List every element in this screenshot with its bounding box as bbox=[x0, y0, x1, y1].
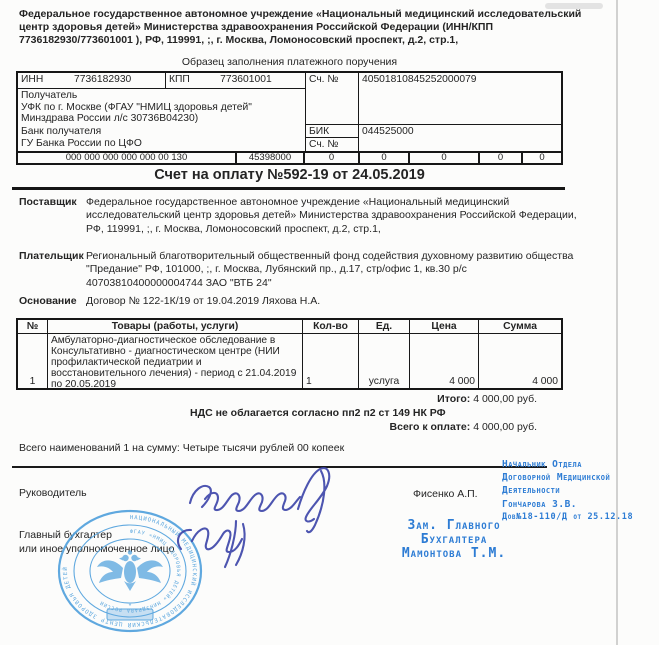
bank-account-label: Сч. № bbox=[309, 139, 338, 150]
oktmo-cell: 45398000 bbox=[237, 153, 305, 163]
items-table: № Товары (работы, услуги) Кол-во Ед. Цен… bbox=[16, 318, 563, 390]
director-name: Фисенко А.П. bbox=[413, 488, 478, 500]
inn-label: ИНН bbox=[21, 74, 43, 87]
kbk-cell: 000 000 000 000 000 00 130 bbox=[18, 153, 237, 163]
budget-codes-row: 000 000 000 000 000 00 130 45398000 0 0 … bbox=[18, 151, 561, 163]
basis-label: Основание bbox=[19, 295, 77, 307]
due-label: Всего к оплате: bbox=[390, 421, 471, 433]
bik-value: 044525000 bbox=[362, 126, 414, 137]
payer-text: Региональный благотворительный обществен… bbox=[86, 250, 573, 290]
chief-accountant-stamp: Зам. Главного Бухгалтера Мамонтова Т.М. bbox=[378, 519, 530, 561]
due-line: Всего к оплате: 4 000,00 руб. bbox=[390, 421, 537, 433]
official-seal: НАЦИОНАЛЬНЫЙ МЕДИЦИНСКИЙ ИССЛЕДОВАТЕЛЬСК… bbox=[55, 507, 205, 635]
item-description-cell: Амбулаторно-диагностическое обследование… bbox=[48, 334, 303, 388]
summary-line: Всего наименований 1 на сумму: Четыре ты… bbox=[19, 442, 344, 454]
account-value: 40501810845252000079 bbox=[362, 74, 477, 85]
item-qty-cell: 1 bbox=[303, 334, 359, 388]
chief-accountant-stamp-line: Бухгалтера bbox=[378, 533, 530, 547]
dept-stamp-line: Гончарова З.В. bbox=[502, 498, 633, 511]
item-sum-cell: 4 000 bbox=[479, 334, 561, 388]
kpp-label: КПП bbox=[169, 74, 190, 87]
account-value-cell: 40501810845252000079 bbox=[359, 73, 561, 125]
items-header-num: № bbox=[18, 320, 48, 334]
org-header-line: Федеральное государственное автономное у… bbox=[19, 8, 581, 21]
item-num-cell: 1 bbox=[18, 334, 48, 388]
item-unit: услуга bbox=[369, 376, 400, 387]
kpp-value: 773601001 bbox=[220, 74, 272, 87]
recipient-value: УФК по г. Москве (ФГАУ "НМИЦ здоровья де… bbox=[21, 102, 302, 125]
chief-accountant-stamp-line: Зам. Главного bbox=[378, 519, 530, 533]
bik-label-cell: БИК bbox=[306, 125, 359, 138]
director-label: Руководитель bbox=[19, 487, 87, 499]
total-line: Итого: 4 000,00 руб. bbox=[437, 393, 537, 405]
item-unit-cell: услуга bbox=[359, 334, 410, 388]
item-price-cell: 4 000 bbox=[410, 334, 479, 388]
due-value: 4 000,00 руб. bbox=[473, 421, 537, 433]
seal-banner bbox=[107, 609, 153, 620]
bank-name: ГУ Банка России по ЦФО bbox=[21, 138, 302, 150]
signature-director bbox=[190, 486, 300, 511]
item-sum: 4 000 bbox=[532, 376, 558, 387]
chief-accountant-stamp-line: Мамонтова Т.М. bbox=[378, 547, 530, 561]
dept-stamp-line: Договорной Медицинской bbox=[502, 471, 633, 484]
recipient-cell: Получатель УФК по г. Москве (ФГАУ "НМИЦ … bbox=[18, 89, 306, 125]
dept-stamp-line: Деятельности bbox=[502, 484, 633, 497]
bik-label: БИК bbox=[309, 126, 329, 137]
total-label: Итого: bbox=[437, 393, 470, 405]
payer-label: Плательщик bbox=[19, 250, 84, 262]
seal-eagle-emblem bbox=[97, 550, 163, 591]
account-label: Сч. № bbox=[309, 74, 338, 85]
item-price: 4 000 bbox=[449, 376, 475, 387]
payer-text-line: 40703810400000004744 ЗАО "ВТБ 24" bbox=[86, 277, 573, 290]
supplier-text-line: РФ, 119991, ;, г. Москва, Ломоносовский … bbox=[86, 223, 577, 236]
items-header-unit: Ед. bbox=[359, 320, 410, 334]
items-header-sum: Сумма bbox=[479, 320, 561, 334]
inn-cell: ИНН 7736182930 bbox=[18, 73, 166, 89]
zero-cell: 0 bbox=[480, 153, 523, 163]
zero-cell: 0 bbox=[410, 153, 480, 163]
supplier-text-line: исследовательский центр здоровья детей» … bbox=[86, 209, 577, 222]
zero-cell: 0 bbox=[523, 153, 561, 163]
signature-separator-line bbox=[12, 466, 547, 468]
signature-director-flourish bbox=[298, 468, 329, 532]
scan-edge-line bbox=[616, 0, 618, 645]
item-num: 1 bbox=[30, 376, 36, 387]
kpp-cell: КПП 773601001 bbox=[166, 73, 306, 89]
org-header: Федеральное государственное автономное у… bbox=[19, 8, 581, 48]
dept-stamp: Начальник Отдела Договорной Медицинской … bbox=[502, 458, 633, 524]
org-header-line: центр здоровья детей» Министерства здрав… bbox=[19, 21, 581, 34]
basis-value: Договор № 122-1К/19 от 19.04.2019 Ляхова… bbox=[86, 295, 320, 307]
inn-value: 7736182930 bbox=[74, 74, 131, 87]
items-header-price: Цена bbox=[410, 320, 479, 334]
org-header-line: 7736182930/773601001 ), РФ, 119991, ;, г… bbox=[19, 34, 581, 47]
supplier-text: Федеральное государственное автономное у… bbox=[86, 196, 577, 236]
item-qty: 1 bbox=[306, 376, 312, 387]
vat-note: НДС не облагается согласно пп2 п2 ст 149… bbox=[190, 407, 446, 419]
invoice-document: Федеральное государственное автономное у… bbox=[0, 0, 659, 645]
supplier-label: Поставщик bbox=[19, 196, 77, 208]
zero-cell: 0 bbox=[360, 153, 410, 163]
bank-label: Банк получателя bbox=[21, 126, 302, 138]
recipient-label: Получатель bbox=[21, 90, 302, 102]
total-value: 4 000,00 руб. bbox=[473, 393, 537, 405]
title-underline bbox=[12, 187, 565, 190]
bank-cell: Банк получателя ГУ Банка России по ЦФО bbox=[18, 125, 306, 151]
dept-stamp-line: Начальник Отдела bbox=[502, 458, 633, 471]
payment-requisites-table: ИНН 7736182930 КПП 773601001 Сч. № 40501… bbox=[16, 71, 563, 165]
items-header-qty: Кол-во bbox=[303, 320, 359, 334]
bik-value-cell: 044525000 bbox=[359, 125, 561, 151]
items-header-goods: Товары (работы, услуги) bbox=[48, 320, 303, 334]
zero-cell: 0 bbox=[305, 153, 360, 163]
supplier-text-line: Федеральное государственное автономное у… bbox=[86, 196, 577, 209]
account-label-cell: Сч. № bbox=[306, 73, 359, 125]
payer-text-line: "Предание" РФ, 101000, ;, г. Москва, Луб… bbox=[86, 263, 573, 276]
payment-sample-caption: Образец заполнения платежного поручения bbox=[16, 56, 563, 68]
invoice-title: Счет на оплату №592-19 от 24.05.2019 bbox=[16, 167, 563, 183]
bank-account-label-cell: Сч. № bbox=[306, 138, 359, 151]
payer-text-line: Региональный благотворительный обществен… bbox=[86, 250, 573, 263]
